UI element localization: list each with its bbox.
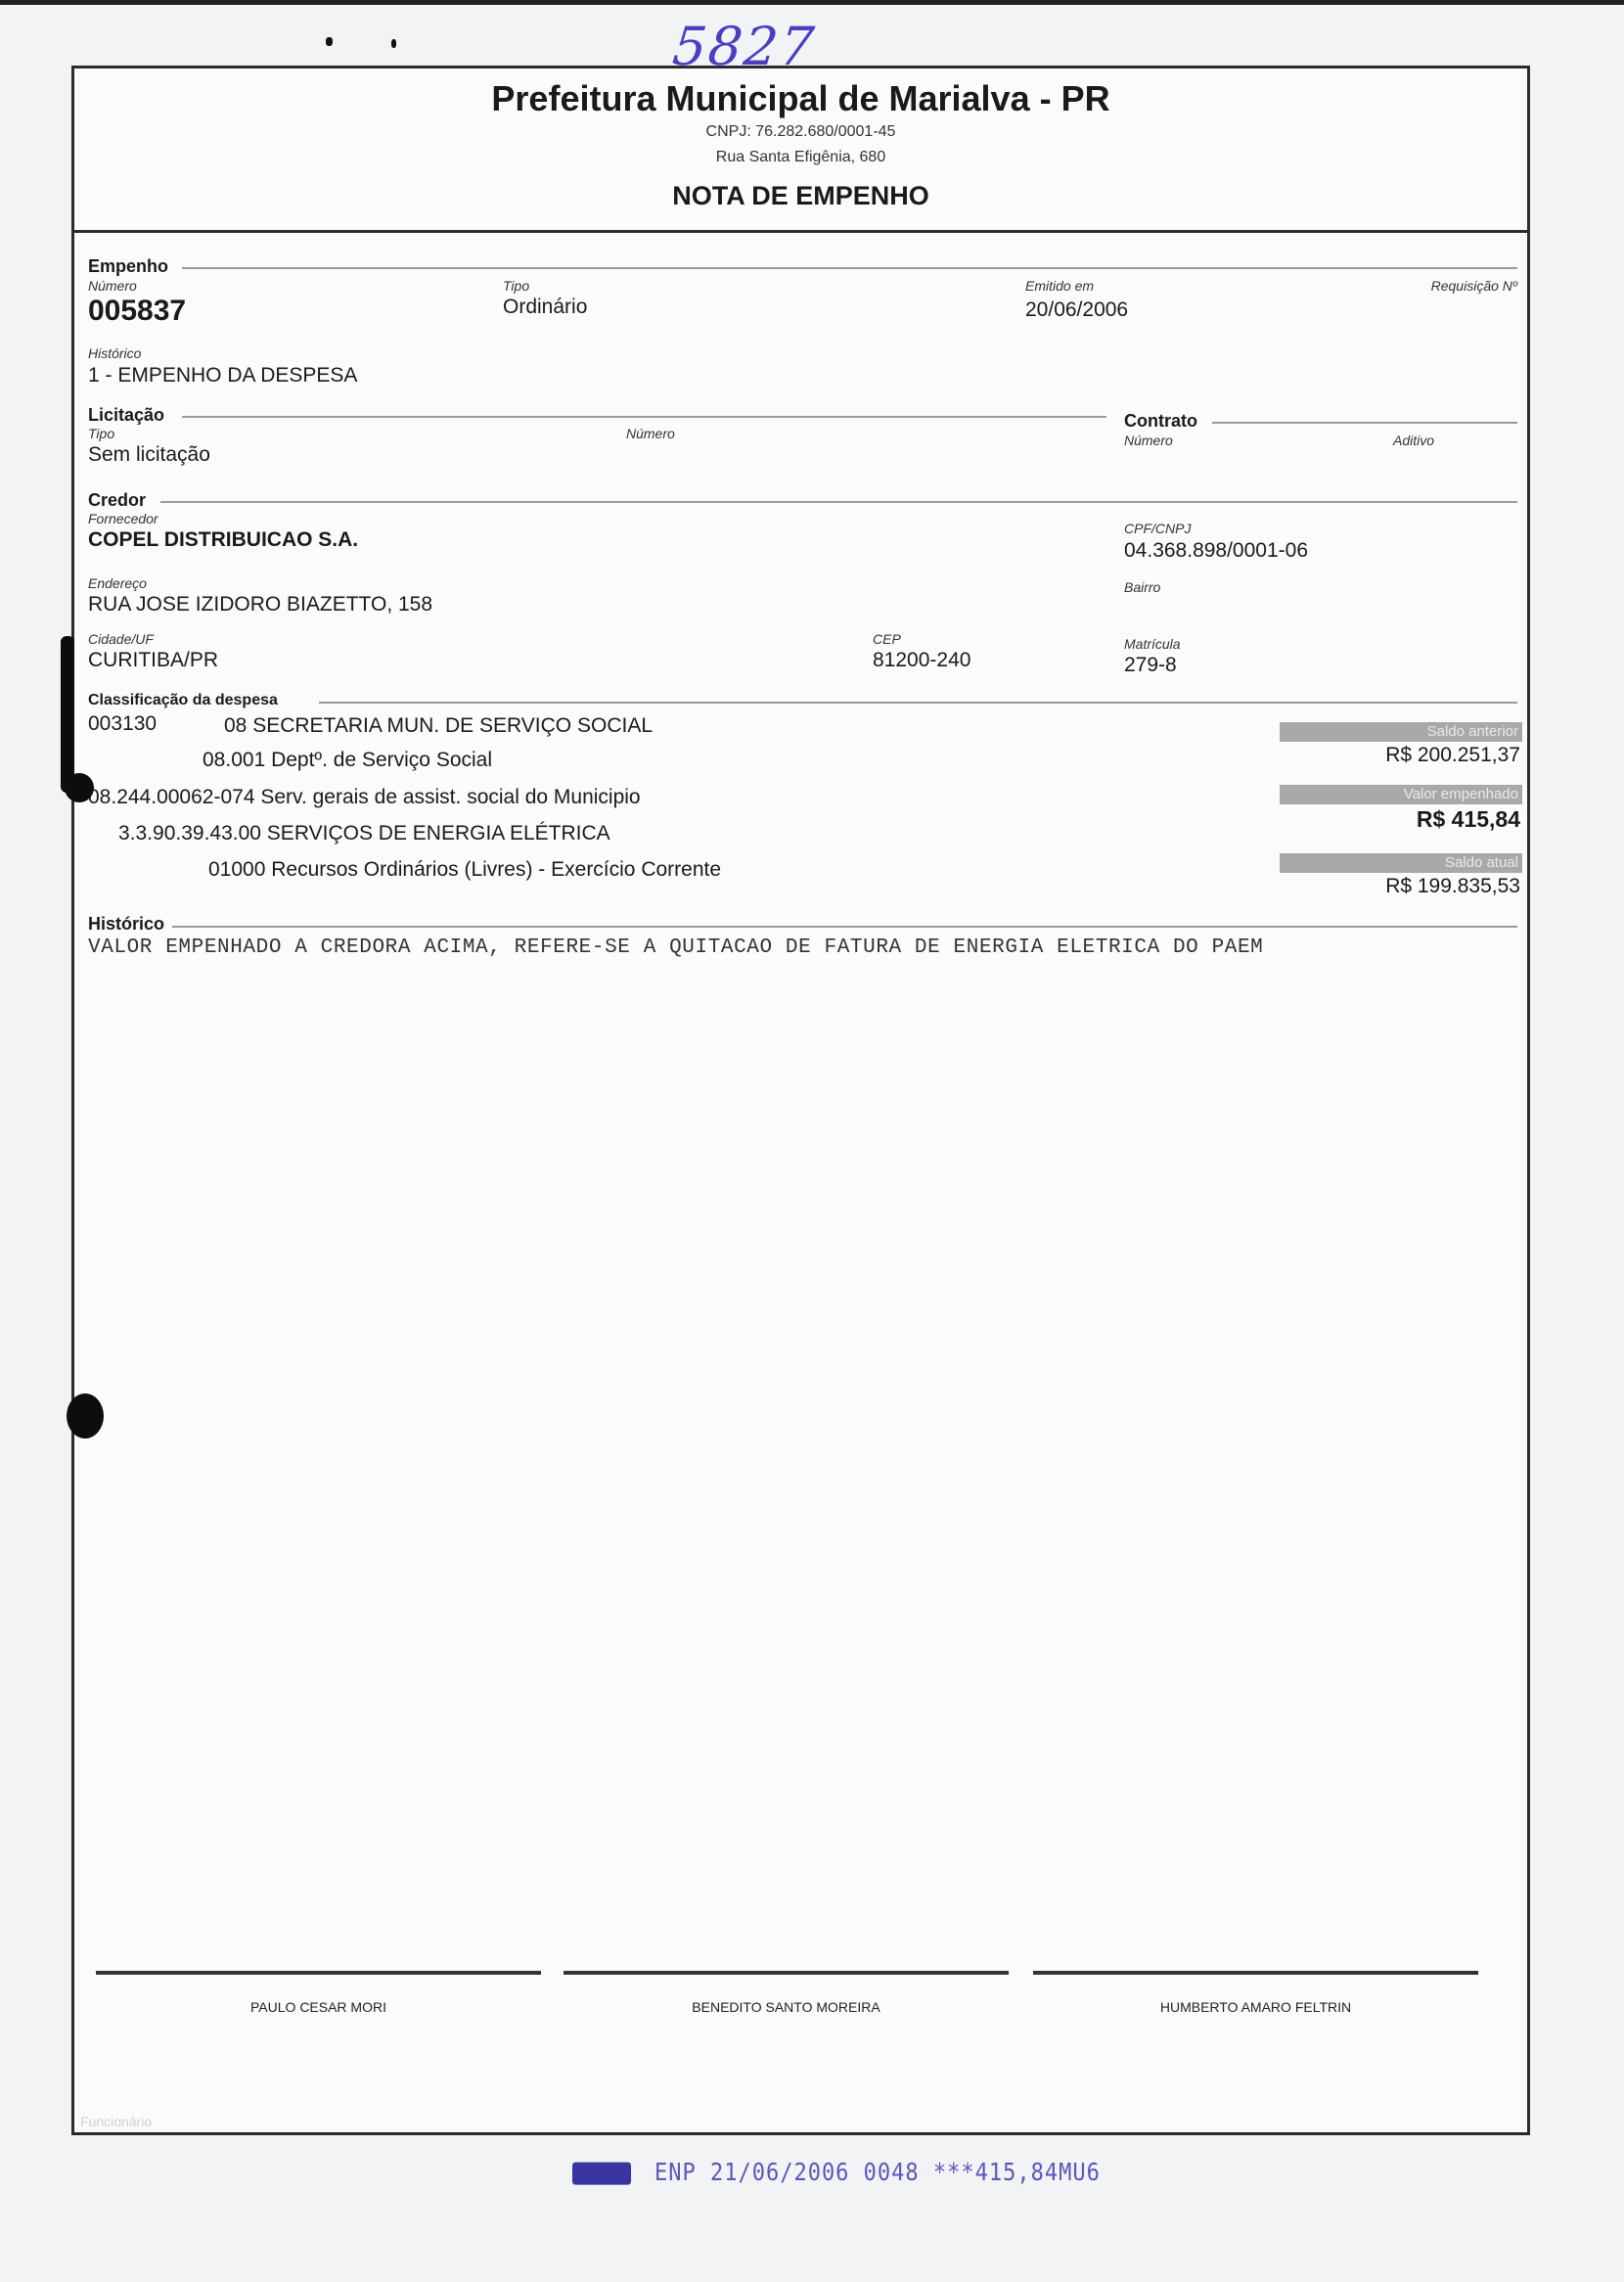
classificacao-funcional: 08.244.00062-074 Serv. gerais de assist.… (88, 786, 641, 809)
valor-empenhado-value: R$ 415,84 (1417, 806, 1520, 833)
saldo-atual-label: Saldo atual (1280, 853, 1522, 873)
credor-endereco: RUA JOSE IZIDORO BIAZETTO, 158 (88, 593, 432, 616)
valor-empenhado-label: Valor empenhado (1280, 785, 1522, 804)
label-cpf-cnpj: CPF/CNPJ (1124, 521, 1191, 536)
scan-speck (326, 37, 333, 46)
divider (172, 926, 1517, 928)
label-endereco: Endereço (88, 575, 147, 591)
empenho-tipo: Ordinário (503, 296, 587, 319)
classificacao-recurso: 01000 Recursos Ordinários (Livres) - Exe… (208, 858, 721, 882)
label-fornecedor: Fornecedor (88, 511, 158, 526)
label-licitacao-tipo: Tipo (88, 426, 114, 441)
label-licitacao-numero: Número (626, 426, 675, 441)
empenho-historico: 1 - EMPENHO DA DESPESA (88, 364, 357, 388)
label-matricula: Matrícula (1124, 636, 1181, 652)
org-name: Prefeitura Municipal de Marialva - PR (74, 78, 1527, 119)
footer-note: Funcionário (80, 2114, 152, 2129)
section-empenho: Empenho (88, 256, 168, 277)
ink-blot (65, 773, 94, 802)
signatory-2: BENEDITO SANTO MOREIRA (564, 1999, 1009, 2015)
scan-speck (391, 39, 396, 48)
saldo-anterior-label: Saldo anterior (1280, 722, 1522, 742)
signature-line (96, 1971, 541, 1975)
divider (182, 416, 1106, 418)
label-bairro: Bairro (1124, 579, 1160, 595)
signatory-1: PAULO CESAR MORI (96, 1999, 541, 2015)
signature-line (1033, 1971, 1478, 1975)
classificacao-elemento: 3.3.90.39.43.00 SERVIÇOS DE ENERGIA ELÉT… (118, 822, 610, 845)
empenho-emitido: 20/06/2006 (1025, 298, 1128, 322)
divider (319, 702, 1517, 704)
label-historico: Histórico (88, 345, 141, 361)
label-numero: Número (88, 278, 137, 294)
org-address: Rua Santa Efigênia, 680 (74, 149, 1527, 166)
label-tipo: Tipo (503, 278, 529, 294)
label-cidade: Cidade/UF (88, 631, 154, 647)
document-title: NOTA DE EMPENHO (74, 181, 1527, 211)
credor-matricula: 279-8 (1124, 654, 1177, 677)
classificacao-unidade: 08.001 Deptº. de Serviço Social (203, 749, 492, 772)
licitacao-tipo: Sem licitação (88, 443, 210, 467)
saldo-atual-value: R$ 199.835,53 (1385, 875, 1520, 898)
label-cep: CEP (873, 631, 901, 647)
section-licitacao: Licitação (88, 405, 164, 426)
section-contrato: Contrato (1124, 411, 1197, 432)
classificacao-orgao: 08 SECRETARIA MUN. DE SERVIÇO SOCIAL (224, 714, 653, 738)
credor-cep: 81200-240 (873, 649, 970, 672)
label-requisicao: Requisição Nº (1431, 278, 1517, 294)
org-cnpj: CNPJ: 76.282.680/0001-45 (74, 123, 1527, 141)
signature-line (564, 1971, 1009, 1975)
saldo-anterior-value: R$ 200.251,37 (1385, 744, 1520, 767)
credor-fornecedor: COPEL DISTRIBUICAO S.A. (88, 528, 358, 552)
divider (160, 501, 1517, 503)
signatory-3: HUMBERTO AMARO FELTRIN (1033, 1999, 1478, 2015)
section-credor: Credor (88, 490, 146, 511)
label-contrato-numero: Número (1124, 433, 1173, 448)
section-classificacao: Classificação da despesa (88, 692, 278, 709)
document-header: Prefeitura Municipal de Marialva - PR CN… (74, 68, 1527, 233)
empenho-numero: 005837 (88, 295, 186, 328)
credor-cpf-cnpj: 04.368.898/0001-06 (1124, 539, 1308, 563)
ink-blot (67, 1393, 104, 1438)
stamp-text: ENP 21/06/2006 0048 ***415,84MU6 (654, 2159, 1101, 2187)
credor-cidade: CURITIBA/PR (88, 649, 218, 672)
stamp-logo-icon (572, 2163, 631, 2185)
scan-edge (0, 0, 1624, 5)
divider (182, 267, 1517, 269)
label-emitido: Emitido em (1025, 278, 1094, 294)
section-historico: Histórico (88, 914, 164, 935)
nota-de-empenho-document: Prefeitura Municipal de Marialva - PR CN… (71, 66, 1530, 2135)
mechanical-stamp: ENP 21/06/2006 0048 ***415,84MU6 (572, 2159, 1101, 2187)
divider (1212, 422, 1517, 424)
classificacao-codigo: 003130 (88, 712, 157, 736)
ink-blot (61, 636, 74, 793)
label-aditivo: Aditivo (1393, 433, 1434, 448)
historico-text: VALOR EMPENHADO A CREDORA ACIMA, REFERE-… (88, 936, 1263, 959)
